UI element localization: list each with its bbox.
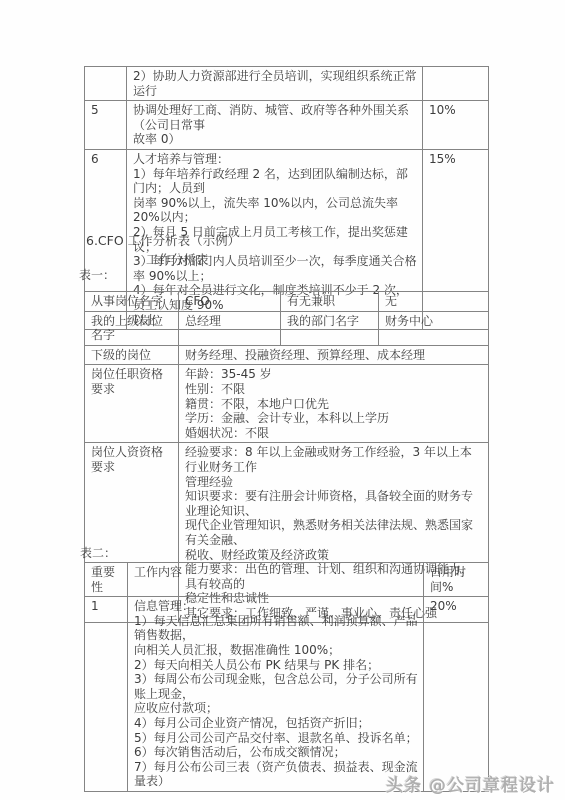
time-percent-cell: [423, 67, 489, 101]
field-value-cell: 财务中心: [379, 311, 489, 345]
table-header-row: 重要性 工作内容 占用时间%: [85, 563, 489, 597]
time-percent-cell: 20%: [424, 597, 489, 792]
field-label-cell: 我的上级岗位名字: [85, 311, 179, 345]
table-row: 下级的岗位 财务经理、投融资经理、预算经理、成本经理: [85, 345, 489, 365]
work-content-cell: 信息管理： 1）每天信息汇总集团所有销售额、利润预算额、产品销售数据， 向相关人…: [128, 597, 424, 792]
field-label-cell: 从事岗位名字: [85, 292, 179, 312]
field-value-cell: 财务经理、投融资经理、预算经理、成本经理: [179, 345, 489, 365]
field-value-cell: CFO: [179, 292, 281, 312]
field-label-cell: 有无兼职: [281, 292, 379, 312]
field-label-cell: 下级的岗位: [85, 345, 179, 365]
duty-content-cell: 2）协助人力资源部进行全员培训，实现组织系统正常运行: [127, 67, 423, 101]
table-row: 我的上级岗位名字 总经理 我的部门名字 财务中心: [85, 311, 489, 345]
field-value-cell: 总经理: [179, 311, 281, 345]
table2-label: 表二：: [80, 544, 116, 561]
duty-content-cell: 协调处理好工商、消防、城管、政府等各种外围关系（公司日常事 故率 0）: [127, 101, 423, 150]
importance-header-cell: 重要性: [85, 563, 128, 597]
table1-label: 表一：: [79, 266, 115, 283]
time-percent-cell: 10%: [423, 101, 489, 150]
section-subtitle: 工作分析表: [146, 250, 209, 268]
work-content-table: 重要性 工作内容 占用时间% 1 信息管理： 1）每天信息汇总集团所有销售额、利…: [84, 562, 489, 792]
table-row: 岗位任职资格要求 年龄：35-45 岁 性别：不限 籍贯：不限，本地户口优先 学…: [85, 365, 489, 443]
importance-cell: 1: [85, 597, 128, 792]
table-row: 5 协调处理好工商、消防、城管、政府等各种外围关系（公司日常事 故率 0） 10…: [85, 101, 489, 150]
field-label-cell: 岗位任职资格要求: [85, 365, 179, 443]
time-header-cell: 占用时间%: [424, 563, 489, 597]
table-row: 1 信息管理： 1）每天信息汇总集团所有销售额、利润预算额、产品销售数据， 向相…: [85, 597, 489, 792]
duty-number-cell: 5: [85, 101, 127, 150]
section-title: 6.CFO 工作分析表（示例）: [86, 231, 240, 249]
toutiao-watermark: 头条 @公司章程设计: [386, 771, 555, 796]
field-value-cell: 无: [379, 292, 489, 312]
table-row: 2）协助人力资源部进行全员培训，实现组织系统正常运行: [85, 67, 489, 101]
duty-number-cell: [85, 67, 127, 101]
table-row: 从事岗位名字 CFO 有无兼职 无: [85, 292, 489, 312]
content-header-cell: 工作内容: [128, 563, 424, 597]
field-value-cell: 年龄：35-45 岁 性别：不限 籍贯：不限，本地户口优先 学历：金融、会计专业…: [179, 365, 489, 443]
field-label-cell: 我的部门名字: [281, 311, 379, 345]
